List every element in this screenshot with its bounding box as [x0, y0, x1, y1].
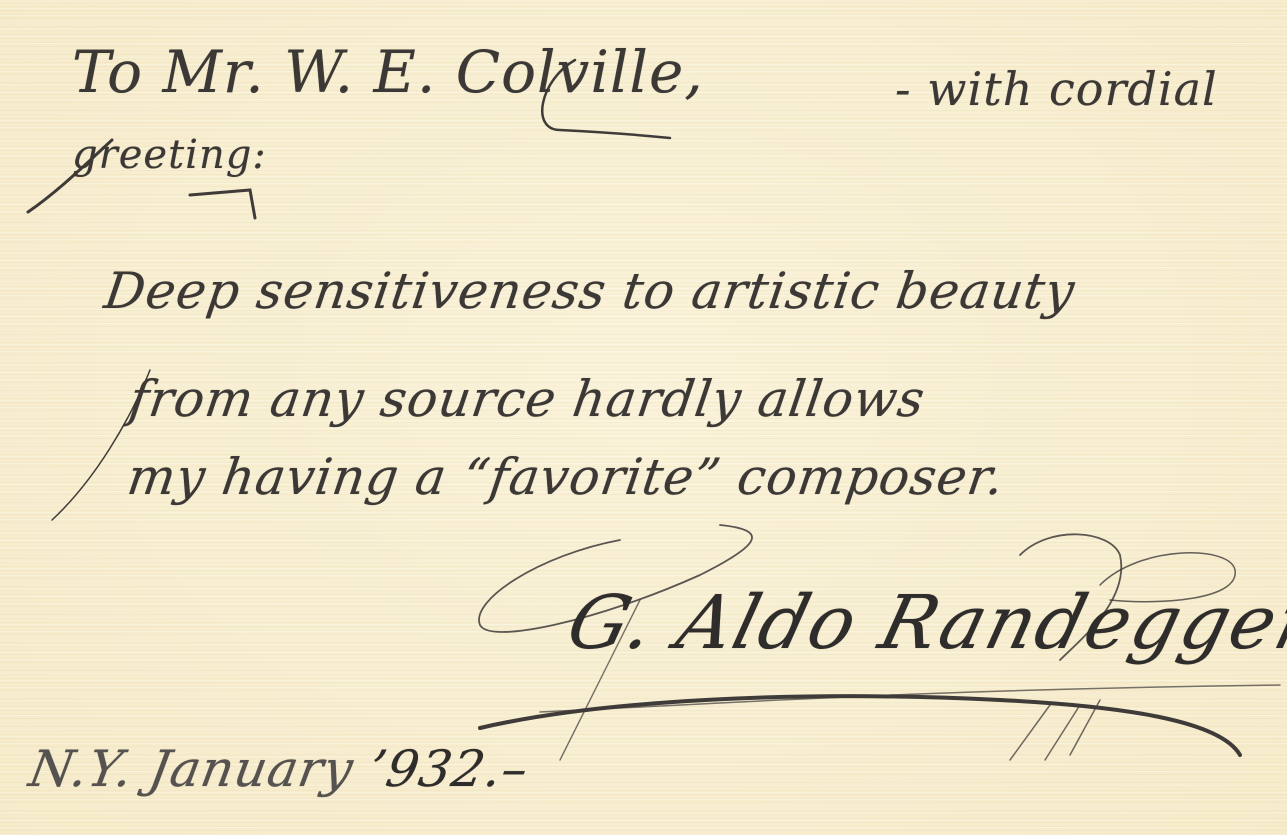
signature: G. Aldo Randegger	[559, 580, 1287, 666]
date-month: January	[145, 740, 358, 798]
place: N.Y.	[25, 740, 138, 798]
date-year: ’932.–	[365, 740, 533, 798]
body-line: Deep sensitiveness to artistic beauty	[101, 262, 1079, 320]
greeting: greeting:	[72, 132, 267, 178]
salutation-tail: - with cordial	[895, 62, 1218, 116]
body-line: my having a “favorite” composer.	[124, 448, 1008, 506]
date-line: N.Y. January ’932.–	[25, 740, 533, 798]
body-line: from any source hardly allows	[126, 370, 929, 428]
autograph-card: To Mr. W. E. Colville, - with cordial gr…	[0, 0, 1287, 835]
salutation: To Mr. W. E. Colville,	[72, 38, 704, 106]
